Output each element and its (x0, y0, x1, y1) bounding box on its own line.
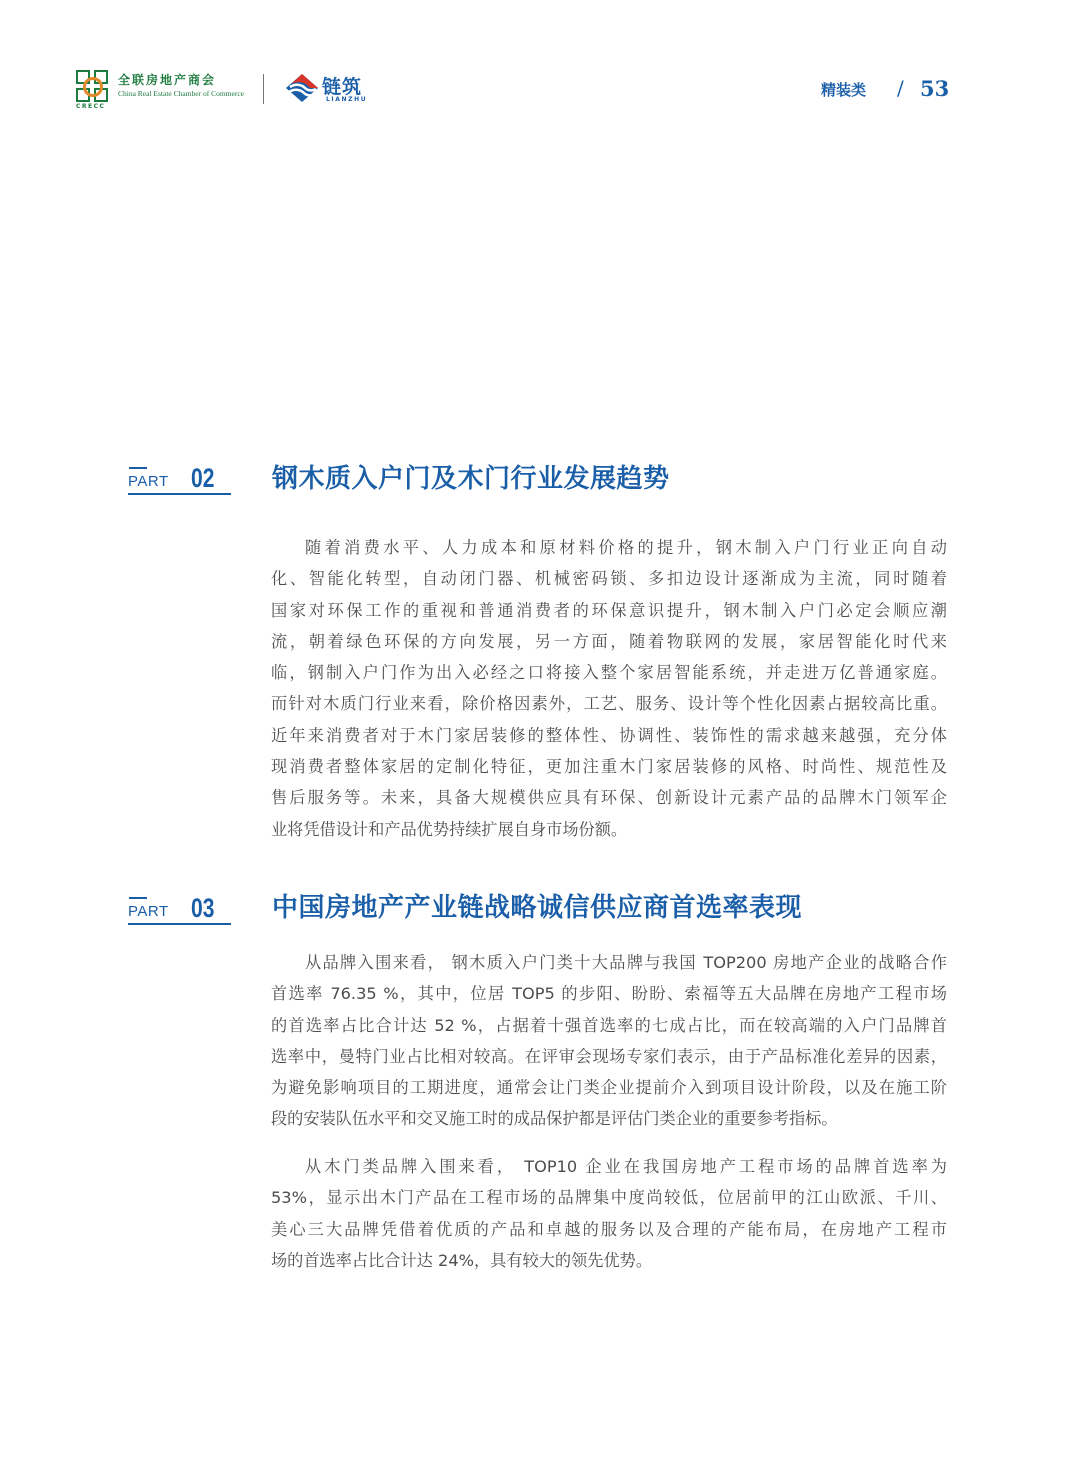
text-line: 而针对木质门行业来看，除价格因素外，工艺、服务、设计等个性化因素占据较高比重。 (271, 688, 947, 719)
text-line: 售后服务等。未来，具备大规模供应具有环保、创新设计元素产品的品牌木门领军企 (271, 782, 947, 813)
text-line: 选率中，曼特门业占比相对较高。在评审会现场专家们表示，由于产品标准化差异的因素， (271, 1041, 947, 1072)
partner-name-cn: 链筑 (322, 72, 362, 99)
text-line: 化、智能化转型，自动闭门器、机械密码锁、多扣边设计逐渐成为主流，同时随着 (271, 563, 947, 594)
text-line: 临，钢制入户门作为出入必经之口将接入整个家居智能系统，并走进万亿普通家庭。 (271, 657, 947, 688)
part-underline (128, 493, 231, 495)
part-marker: PART 03 (128, 897, 231, 925)
section-title: 钢木质入户门及木门行业发展趋势 (272, 458, 670, 495)
paragraph: 从品牌入围来看， 钢木质入户门类十大品牌与我国 TOP200 房地产企业的战略合… (271, 947, 947, 1135)
part-number: 03 (191, 893, 214, 924)
text-line: 现消费者整体家居的定制化特征，更加注重木门家居装修的风格、时尚性、规范性及 (271, 751, 947, 782)
text-line: 从品牌入围来看， 钢木质入户门类十大品牌与我国 TOP200 房地产企业的战略合… (271, 947, 947, 978)
header-divider (263, 74, 264, 104)
part-bar (129, 467, 147, 469)
page-number: 53 (920, 76, 949, 101)
org-name-cn: 全联房地产商会 (118, 71, 216, 88)
paragraph: 随着消费水平、人力成本和原材料价格的提升，钢木制入户门行业正向自动 化、智能化转… (271, 532, 947, 845)
lianzhu-logo-icon (285, 73, 319, 103)
text-line: 随着消费水平、人力成本和原材料价格的提升，钢木制入户门行业正向自动 (271, 532, 947, 563)
crecc-abbr: CRECC (76, 103, 105, 110)
part-label: PART (128, 473, 169, 490)
text-line: 的首选率占比合计达 52 %，占据着十强首选率的七成占比，而在较高端的入户门品牌… (271, 1010, 947, 1041)
part-label: PART (128, 903, 169, 920)
part-underline (128, 923, 231, 925)
section-body: 从木门类品牌入围来看， TOP10 企业在我国房地产工程市场的品牌首选率为 53… (271, 1151, 947, 1276)
section-body: 随着消费水平、人力成本和原材料价格的提升，钢木制入户门行业正向自动 化、智能化转… (271, 532, 947, 845)
crecc-logo-icon: CRECC (76, 70, 110, 110)
section-tag: 精装类 (821, 79, 866, 100)
text-line: 业将凭借设计和产品优势持续扩展自身市场份额。 (271, 814, 947, 845)
section-body: 从品牌入围来看， 钢木质入户门类十大品牌与我国 TOP200 房地产企业的战略合… (271, 947, 947, 1135)
text-line: 流，朝着绿色环保的方向发展，另一方面，随着物联网的发展，家居智能化时代来 (271, 626, 947, 657)
text-line: 为避免影响项目的工期进度，通常会让门类企业提前介入到项目设计阶段，以及在施工阶 (271, 1072, 947, 1103)
text-line: 近年来消费者对于木门家居装修的整体性、协调性、装饰性的需求越来越强，充分体 (271, 720, 947, 751)
text-line: 段的安装队伍水平和交叉施工时的成品保护都是评估门类企业的重要参考指标。 (271, 1103, 947, 1134)
text-line: 从木门类品牌入围来看， TOP10 企业在我国房地产工程市场的品牌首选率为 (271, 1151, 947, 1182)
part-bar (129, 897, 147, 899)
logo-ring (83, 77, 103, 97)
text-line: 国家对环保工作的重视和普通消费者的环保意识提升，钢木制入户门必定会顺应潮 (271, 595, 947, 626)
partner-name-en: LIANZHU (326, 96, 367, 103)
part-marker: PART 02 (128, 467, 231, 495)
text-line: 场的首选率占比合计达 24%，具有较大的领先优势。 (271, 1245, 947, 1276)
text-line: 53%，显示出木门产品在工程市场的品牌集中度尚较低，位居前甲的江山欧派、千川、 (271, 1182, 947, 1213)
text-line: 美心三大品牌凭借着优质的产品和卓越的服务以及合理的产能布局，在房地产工程市 (271, 1214, 947, 1245)
page-header: CRECC 全联房地产商会 China Real Estate Chamber … (0, 0, 1075, 130)
separator: / (897, 76, 904, 100)
paragraph: 从木门类品牌入围来看， TOP10 企业在我国房地产工程市场的品牌首选率为 53… (271, 1151, 947, 1276)
section-title: 中国房地产产业链战略诚信供应商首选率表现 (272, 887, 802, 924)
text-line: 首选率 76.35 %，其中，位居 TOP5 的步阳、盼盼、索福等五大品牌在房地… (271, 978, 947, 1009)
part-number: 02 (191, 463, 214, 494)
org-name-en: China Real Estate Chamber of Commerce (118, 89, 244, 98)
